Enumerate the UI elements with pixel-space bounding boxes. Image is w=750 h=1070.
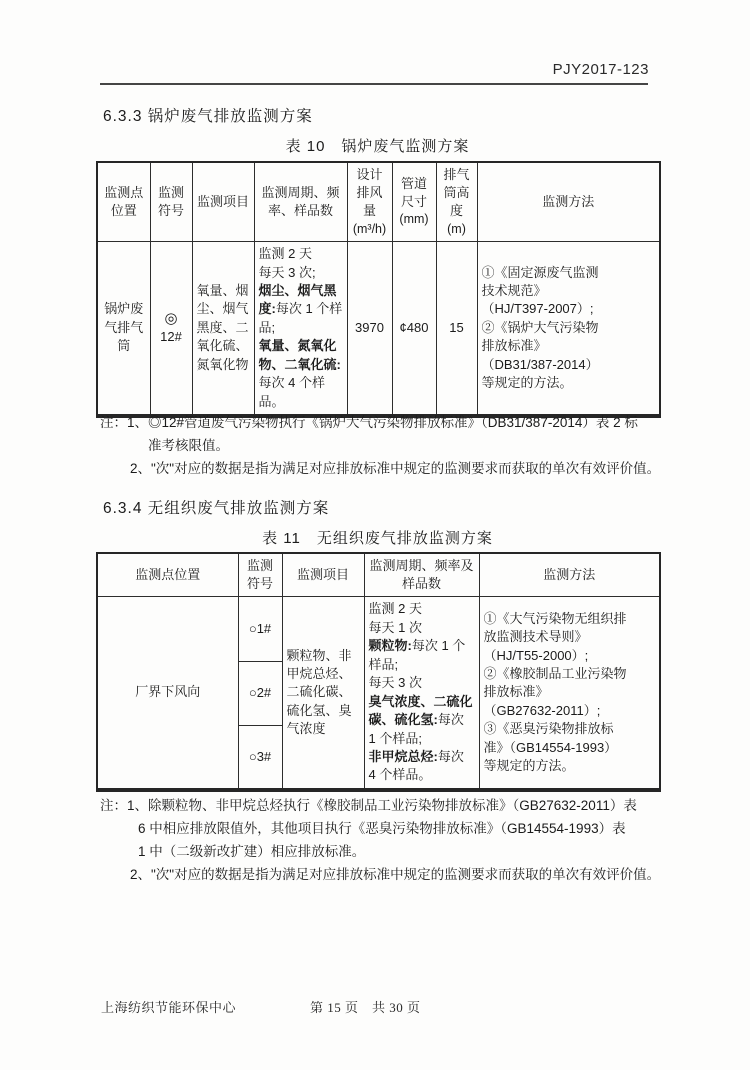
t10-header-design-flow-unit: (m³/h) [352,221,388,239]
t10-header-pipe-size-label: 管道尺寸 [397,175,432,211]
t11-header-location: 监测点位置 [97,553,238,597]
t10-cell-design-flow: 3970 [347,242,392,417]
t10-cell-schedule: 监测 2 天 每天 3 次; 烟尘、烟气黑度:每次 1 个样品; 氧量、氮氧化物… [254,242,347,417]
schedule-bold-text: 非甲烷总烃: [369,749,438,764]
schedule-text: 监测 2 天 [369,601,422,616]
note-line: 2、"次"对应的数据是指为满足对应排放标准中规定的监测要求而获取的单次有效评价值… [130,863,675,886]
circle-symbol-icon: ○2# [249,685,271,700]
document-page: PJY2017-123 6.3.3 锅炉废气排放监测方案 表 10 锅炉废气监测… [0,0,750,1070]
schedule-line: 每天 3 次; [259,264,343,282]
t11-cell-items: 颗粒物、非甲烷总烃、二硫化碳、硫化氢、臭气浓度 [282,597,364,790]
circle-symbol-icon: ○1# [249,621,271,636]
table11-caption: 表 11 无组织废气排放监测方案 [96,527,659,548]
t10-header-design-flow: 设计排风量(m³/h) [347,162,392,242]
t11-cell-schedule: 监测 2 天 每天 1 次 颗粒物:每次 1 个样品; 每天 3 次 臭气浓度、… [364,597,479,790]
t10-header-schedule-label: 监测周期、频率、样品数 [259,184,343,220]
t10-header-symbol-label: 监测符号 [155,184,188,220]
t11-header-symbol: 监测符号 [238,553,282,597]
schedule-line: 烟尘、烟气黑度:每次 1 个样品; [259,282,343,337]
t11-header-schedule: 监测周期、频率及样品数 [364,553,479,597]
note-line: 6 中相应排放限值外，其他项目执行《恶臭污染物排放标准》（GB14554-199… [138,817,675,840]
t11-header-items: 监测项目 [282,553,364,597]
t10-header-pipe-size: 管道尺寸(mm) [392,162,436,242]
t10-cell-stack-height: 15 [436,242,477,417]
schedule-line: 臭气浓度、二硫化碳、硫化氢:每次 1 个样品; [369,693,475,748]
t10-header-location: 监测点位置 [97,162,150,242]
schedule-line: 监测 2 天 [259,245,343,263]
t10-header-design-flow-label: 设计排风量 [352,166,388,221]
note-line: 准考核限值。 [148,434,675,457]
table10-caption: 表 10 锅炉废气监测方案 [96,135,659,156]
note-line: 1 中（二级新改扩建）相应排放标准。 [138,840,675,863]
footer-page-number: 第 15 页 共 30 页 [310,997,421,1016]
schedule-line: 监测 2 天 [369,600,475,618]
t10-header-method-label: 监测方法 [482,193,656,211]
note-line: 注：1、◎12#管道废气污染物执行《锅炉大气污染物排放标准》（DB31/387-… [100,411,675,434]
schedule-line: 非甲烷总烃:每次 4 个样品。 [369,748,475,785]
table11-fugitive-monitoring: 监测点位置 监测符号 监测项目 监测周期、频率及样品数 监测方法 厂界下风向 ○… [96,552,661,792]
t10-header-pipe-size-unit: (mm) [397,211,432,229]
schedule-text: 每次 4 个样品。 [259,375,325,408]
schedule-text: 每天 3 次; [259,265,316,280]
t11-header-method-label: 监测方法 [484,566,656,584]
t10-header-items-label: 监测项目 [197,193,250,211]
t10-symbol-id: 12# [155,328,188,346]
t10-header-location-label: 监测点位置 [102,184,146,220]
table10-boiler-monitoring: 监测点位置 监测符号 监测项目 监测周期、频率、样品数 设计排风量(m³/h) … [96,161,661,418]
t10-header-method: 监测方法 [477,162,660,242]
t10-cell-method: ①《固定源废气监测 技术规范》 （HJ/T397-2007）; ②《锅炉大气污染… [477,242,660,417]
schedule-text: 监测 2 天 [259,246,312,261]
schedule-line: 每天 3 次 [369,674,475,692]
t10-cell-symbol: ◎ 12# [150,242,192,417]
t10-header-stack-height: 排气筒高度(m) [436,162,477,242]
schedule-text: 每天 3 次 [369,675,422,690]
t11-cell-symbol-3: ○3# [238,726,282,790]
schedule-text: 每天 1 次 [369,620,422,635]
t11-header-schedule-label: 监测周期、频率及样品数 [369,557,475,593]
section-heading-6-3-3: 6.3.3 锅炉废气排放监测方案 [103,104,313,126]
schedule-line: 每天 1 次 [369,619,475,637]
header-rule [100,83,648,85]
t11-cell-location: 厂界下风向 [97,597,238,790]
circle-symbol-icon: ○3# [249,749,271,764]
note-line: 注：1、除颗粒物、非甲烷总烃执行《橡胶制品工业污染物排放标准》（GB27632-… [100,794,675,817]
t11-cell-symbol-2: ○2# [238,661,282,725]
t11-header-items-label: 监测项目 [287,566,360,584]
table10-notes: 注：1、◎12#管道废气污染物执行《锅炉大气污染物排放标准》（DB31/387-… [100,411,675,480]
schedule-line: 颗粒物:每次 1 个样品; [369,637,475,674]
t10-cell-pipe-size: ¢480 [392,242,436,417]
footer-organization: 上海纺织节能环保中心 [101,997,236,1016]
t11-header-symbol-label: 监测符号 [243,557,278,593]
t11-header-location-label: 监测点位置 [102,566,234,584]
schedule-bold-text: 氧量、氮氧化物、二氧化硫: [259,338,341,371]
t11-cell-symbol-1: ○1# [238,597,282,661]
document-number: PJY2017-123 [553,61,649,78]
t10-header-schedule: 监测周期、频率、样品数 [254,162,347,242]
t10-header-items: 监测项目 [192,162,254,242]
t10-header-symbol: 监测符号 [150,162,192,242]
schedule-line: 氧量、氮氧化物、二氧化硫:每次 4 个样品。 [259,337,343,411]
t10-cell-items: 氧量、烟尘、烟气黑度、二氧化硫、氮氧化物 [192,242,254,417]
t11-cell-method: ①《大气污染物无组织排 放监测技术导则》 （HJ/T55-2000）; ②《橡胶… [479,597,660,790]
table11-notes: 注：1、除颗粒物、非甲烷总烃执行《橡胶制品工业污染物排放标准》（GB27632-… [100,794,675,886]
t11-header-method: 监测方法 [479,553,660,597]
t10-header-stack-height-label: 排气筒高度 [441,166,473,221]
schedule-bold-text: 颗粒物: [369,638,412,653]
t10-header-stack-height-unit: (m) [441,221,473,239]
t10-cell-location: 锅炉废气排气筒 [97,242,150,417]
section-heading-6-3-4: 6.3.4 无组织废气排放监测方案 [103,496,329,518]
bullseye-symbol-icon: ◎ [155,310,188,328]
note-line: 2、"次"对应的数据是指为满足对应排放标准中规定的监测要求而获取的单次有效评价值… [130,457,675,480]
